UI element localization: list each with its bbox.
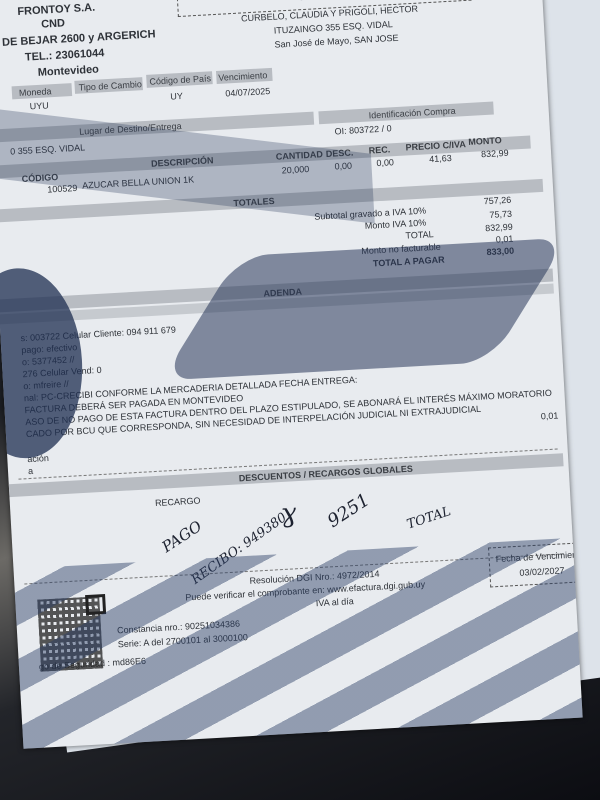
reference-label-2: a (28, 466, 34, 476)
invoice-sheet: FRONTOY S.A. CND DE BEJAR 2600 y ARGERIC… (0, 0, 583, 749)
meta-currency: UYU (29, 100, 49, 111)
non-billable-value: 0,01 (496, 234, 514, 245)
non-billable-label: Monto no facturable (361, 242, 441, 256)
issuer-phone: TEL.: 23061044 (25, 47, 105, 63)
purchase-id: OI: 803722 / 0 (334, 123, 392, 136)
handwritten-note: 9251 (324, 489, 374, 532)
issuer-city: Montevideo (38, 64, 100, 79)
handwritten-signature: ɣ (280, 498, 297, 529)
item-qty: 20,000 (281, 164, 309, 176)
reference-value: 0,01 (541, 410, 559, 421)
item-price: 41,63 (429, 153, 452, 164)
adenda-line: 276 Celular Vend: 0 (22, 365, 101, 379)
item-amount: 832,99 (481, 148, 509, 160)
delivery-value: 0 355 ESQ. VIDAL (10, 142, 85, 156)
item-discount: 0,00 (334, 161, 352, 172)
item-description: AZUCAR BELLA UNION 1K (82, 174, 194, 190)
total-to-pay-label: TOTAL A PAGAR (373, 255, 445, 269)
adenda-line: o: 5377452 // (22, 354, 75, 367)
handwritten-note: TOTAL (405, 504, 453, 532)
subtotal-value: 757,26 (483, 195, 511, 207)
adenda-line: o: mfreire // (23, 379, 69, 392)
iva-value: 75,73 (489, 209, 512, 220)
total-label: TOTAL (405, 229, 434, 241)
qr-code-finder (85, 594, 106, 615)
col-amount: MONTO (468, 135, 502, 147)
handwritten-note: PAGO (159, 517, 206, 556)
iva-label: Monto IVA 10% (365, 217, 427, 230)
meta-due: 04/07/2025 (225, 86, 271, 98)
meta-header-currency: Moneda (19, 86, 52, 98)
adenda-label: ADENDA (263, 287, 302, 299)
meta-country: UY (170, 91, 183, 102)
surcharge-label: RECARGO (155, 496, 201, 509)
item-code: 100529 (47, 183, 78, 195)
issuer-name: FRONTOY S.A. (17, 2, 95, 18)
due-date-box (488, 542, 583, 588)
buyer-city: San José de Mayo, SAN JOSE (274, 33, 398, 50)
adenda-line: s: 003722 Celular Cliente: 094 911 679 (20, 325, 176, 344)
col-surcharge: REC. (368, 144, 390, 155)
col-code: CÓDIGO (21, 172, 58, 184)
series-range: Serie: A del 2700101 al 3000100 (118, 632, 248, 649)
total-to-pay-value: 833,00 (486, 246, 514, 258)
item-surcharge: 0,00 (376, 157, 394, 168)
reference-label: ación (27, 453, 49, 464)
iva-status: IVA al día (316, 596, 354, 608)
adenda-line: pago: efectivo (21, 342, 78, 355)
col-discount: DESC. (326, 147, 354, 159)
issuer-branch: CND (41, 17, 65, 30)
issuer-address: DE BEJAR 2600 y ARGERICH (2, 28, 156, 49)
total-value: 832,99 (485, 222, 513, 234)
